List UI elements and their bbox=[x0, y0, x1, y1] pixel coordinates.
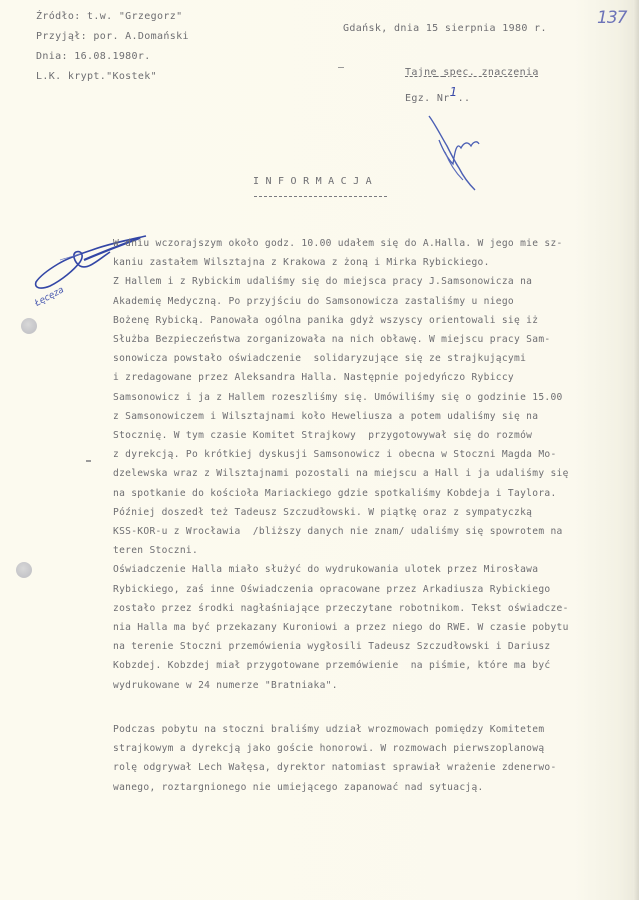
body-text-line: wydrukowane w 24 numerze "Bratniaka". bbox=[113, 680, 338, 692]
body-text-line: Kobzdej. Kobzdej miał przygotowane przem… bbox=[113, 660, 550, 672]
body-text-line: Później doszedł też Tadeusz Szczudłowski… bbox=[113, 507, 532, 519]
body-text-line: teren Stoczni. bbox=[113, 545, 198, 557]
body-text-line: Stocznię. W tym czasie Komitet Strajkowy… bbox=[113, 430, 532, 442]
body-text-line: Oświadczenie Halla miało służyć do wydru… bbox=[113, 564, 538, 576]
body-text-line: sonowicza powstało oświadczenie solidary… bbox=[113, 353, 526, 365]
handwritten-initials-icon bbox=[425, 110, 485, 195]
place-date: Gdańsk, dnia 15 sierpnia 1980 r. bbox=[343, 23, 547, 35]
body-text-line: z dyrekcją. Po krótkiej dyskusji Samsono… bbox=[113, 449, 557, 461]
body-text-line: na terenie Stoczni przemówienia wygłosil… bbox=[113, 641, 550, 653]
body-text-line: zostało przez środki nagłaśniające przec… bbox=[113, 603, 569, 615]
body-text-line: Z Hallem i z Rybickim udaliśmy się do mi… bbox=[113, 276, 532, 288]
body-text-line: i zredagowane przez Aleksandra Halla. Na… bbox=[113, 372, 514, 384]
dash-mark bbox=[338, 67, 344, 68]
document-page: Źródło: t.w. "Grzegorz" Przyjął: por. A.… bbox=[0, 0, 639, 900]
body-text-line: z Samsonowiczem i Wilsztajnami koło Hewe… bbox=[113, 411, 538, 423]
copy-number-handwritten: 1 bbox=[450, 85, 458, 99]
body-text-line: Akademię Medyczną. Po przyjściu do Samso… bbox=[113, 296, 514, 308]
body-text-line: rolę odgrywał Lech Wałęsa, dyrektor nato… bbox=[113, 762, 557, 774]
title-underline bbox=[254, 196, 387, 197]
document-title: INFORMACJA bbox=[253, 176, 378, 188]
body-text-line: Bożenę Rybicką. Panowała ogólna panika g… bbox=[113, 315, 538, 327]
body-text-line: KSS-KOR-u z Wrocławia /bliższy danych ni… bbox=[113, 526, 563, 538]
page-edge-shadow bbox=[633, 0, 639, 900]
body-text-line: na spotkanie do kościoła Mariackiego gdz… bbox=[113, 488, 557, 500]
handwritten-page-number: 137 bbox=[597, 8, 626, 28]
body-text-line: Służba Bezpieczeństwa zorganizowała na n… bbox=[113, 334, 550, 346]
body-text-line: Samsonowicz i ja z Hallem rozeszliśmy si… bbox=[113, 392, 563, 404]
stray-mark bbox=[86, 460, 91, 462]
copy-number-label: Egz. Nr bbox=[405, 93, 450, 104]
body-text-line: dzelewska wraz z Wilsztajnami pozostali … bbox=[113, 468, 569, 480]
punch-hole bbox=[21, 318, 37, 334]
body-text-line: Rybickiego, zaś inne Oświadczenia opraco… bbox=[113, 584, 550, 596]
punch-hole bbox=[16, 562, 32, 578]
classification-label: Tajne spec. znaczenia bbox=[405, 67, 539, 79]
body-text-line: W dniu wczorajszym około godz. 10.00 uda… bbox=[113, 238, 563, 250]
classification-word: Tajne bbox=[405, 67, 437, 78]
body-text-line: Podczas pobytu na stoczni braliśmy udzia… bbox=[113, 724, 544, 736]
copy-number-dots: .. bbox=[458, 93, 471, 104]
copy-number: Egz. Nr1.. bbox=[405, 91, 470, 105]
source-line: Źródło: t.w. "Grzegorz" bbox=[36, 11, 183, 23]
body-text-line: strajkowym a dyrekcją jako goście honoro… bbox=[113, 743, 544, 755]
received-by-line: Przyjął: por. A.Domański bbox=[36, 31, 189, 43]
body-text-line: kaniu zastałem Wilsztajna z Krakowa z żo… bbox=[113, 257, 490, 269]
codename-line: L.K. krypt."Kostek" bbox=[36, 71, 157, 83]
classification-rest: spec. znaczenia bbox=[443, 67, 539, 78]
date-line: Dnia: 16.08.1980r. bbox=[36, 51, 151, 63]
body-text-line: nia Halla ma być przekazany Kuroniowi a … bbox=[113, 622, 569, 634]
body-text-line: wanego, roztargnionego nie umiejącego za… bbox=[113, 782, 484, 794]
